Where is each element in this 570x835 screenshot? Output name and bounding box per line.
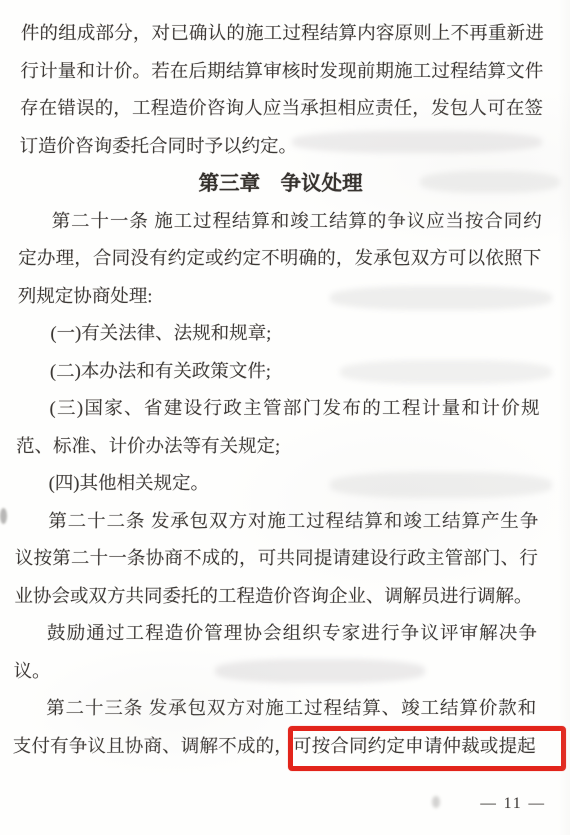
text-line: 第二十二条 发承包双方对施工过程结算和竣工结算产生争: [15, 504, 538, 542]
scan-speck-artifact: [432, 796, 440, 808]
text-line: 议。: [13, 654, 536, 692]
text-line: 订造价咨询委托合同时予以约定。: [19, 129, 542, 167]
red-highlight-box: [288, 726, 566, 771]
scanned-document-page: 件的组成部分，对已确认的施工过程结算内容原则上不再重新进行计量和计价。若在后期结…: [0, 0, 570, 835]
text-line: 第二十三条 发承包双方对施工过程结算、竣工结算价款和: [13, 691, 536, 729]
text-line: 业协会或双方共同委托的工程造价咨询企业、调解员进行调解。: [14, 579, 537, 617]
chapter-heading: 第三章 争议处理: [19, 166, 542, 204]
text-line: 第二十一条 施工过程结算和竣工结算的争议应当按合同约: [18, 204, 541, 242]
text-line: 鼓励通过工程造价管理协会组织专家进行争议评审解决争: [14, 616, 537, 654]
document-body: 件的组成部分，对已确认的施工过程结算内容原则上不再重新进行计量和计价。若在后期结…: [12, 16, 544, 766]
text-line: 行计量和计价。若在后期结算审核时发现前期施工过程结算文件: [20, 54, 543, 92]
scan-speck-artifact: [0, 508, 7, 524]
text-line: 存在错误的，工程造价咨询人应当承担相应责任，发包人可在签: [20, 91, 543, 129]
text-line: (二)本办法和有关政策文件;: [17, 354, 540, 392]
text-line: 定办理，合同没有约定或约定不明确的，发承包双方可以依照下: [18, 241, 541, 279]
text-line: (四)其他相关规定。: [15, 466, 538, 504]
page-number: — 11 —: [480, 795, 546, 813]
text-line: (三)国家、省建设行政主管部门发布的工程计量和计价规: [16, 391, 539, 429]
text-line: (一)有关法律、法规和规章;: [17, 316, 540, 354]
text-line: 范、标准、计价办法等有关规定;: [16, 429, 539, 467]
text-line: 件的组成部分，对已确认的施工过程结算内容原则上不再重新进: [21, 16, 544, 54]
text-line: 议按第二十一条协商不成的，可共同提请建设行政主管部门、行: [15, 541, 538, 579]
text-line: 列规定协商处理:: [18, 279, 541, 317]
